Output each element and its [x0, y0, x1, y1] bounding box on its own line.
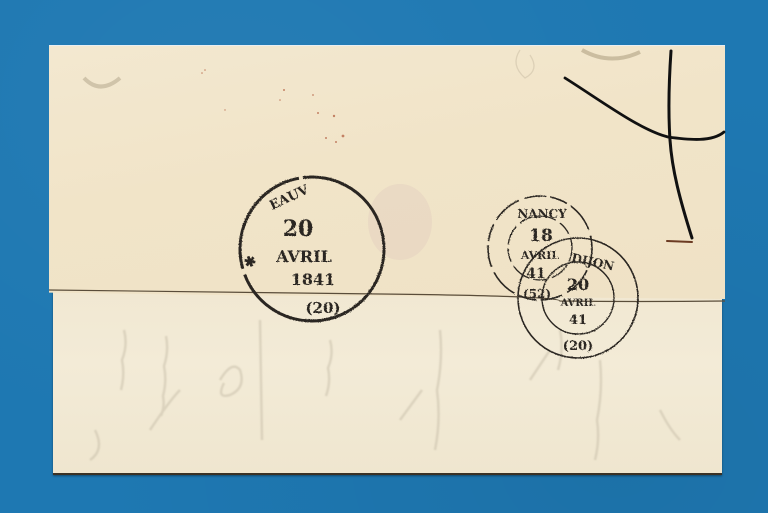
cover-folded-flap	[49, 45, 725, 299]
postal-cover: EAUV 20 AVRIL 1841 (20) ✱ NANCY 18 AVRIL…	[0, 0, 768, 513]
cover-lower-panel	[53, 290, 722, 475]
